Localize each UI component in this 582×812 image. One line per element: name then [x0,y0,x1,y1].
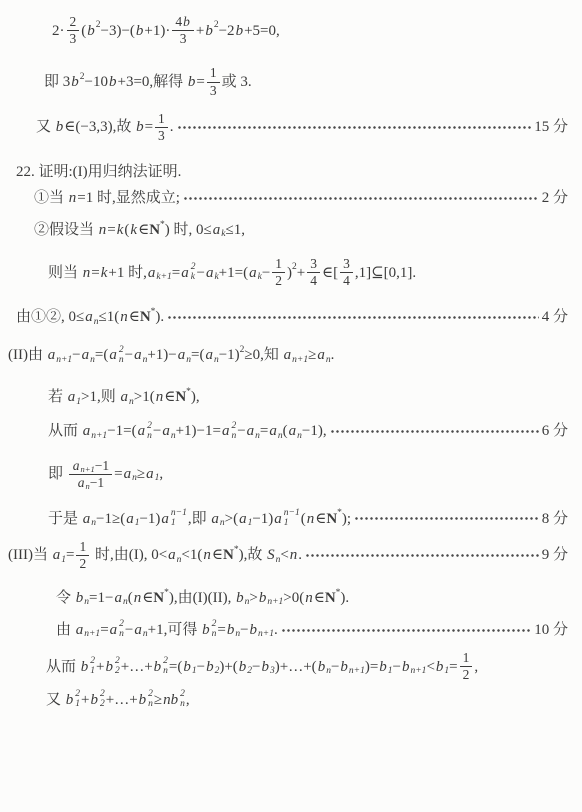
text-run: − [237,421,245,441]
math-fraction: 12 [460,650,473,683]
text-run: +…+ [106,690,138,710]
text-run: 若 [48,387,67,407]
fraction-denominator: 2 [460,667,473,683]
text-run: 令 [56,588,75,608]
subscript: n [143,628,148,641]
document-line: ②假设当 n=k(k∈N*) 时, 0≤ak≤1, [0,218,582,242]
sub-sup-stack: 2n [119,620,124,640]
text-run: ∈ [212,545,223,565]
math-variable: a [147,263,157,283]
math-fraction: 23 [67,14,80,47]
text-run: +1)−1= [176,421,221,441]
text-run: 或 3. [222,72,252,92]
text-run: = [217,620,225,640]
text-run: 1 [158,111,165,127]
text-run: 又 [46,690,65,710]
math-variable: a [82,421,92,441]
text-run: ∈ [138,220,149,240]
text-run: 3 [310,256,317,272]
fraction-numerator: 1 [207,65,220,82]
text-run: ); [342,509,351,529]
math-variable: a [221,421,231,441]
math-variable: a [75,620,85,640]
text-run: =( [95,345,108,365]
math-set-symbol: N [326,509,337,529]
text-run: )+…+( [275,657,317,677]
text-run: − [252,657,260,677]
text-run: − [331,657,339,677]
text-run: − [125,345,133,365]
document-line: 又 b21+b22+…+b2n≥nb2n, [0,688,582,712]
math-variable: S [266,545,276,565]
text-run: 则当 [48,263,82,283]
text-run: 2 [79,556,86,572]
math-set-symbol: N [149,220,160,240]
text-run: < [280,545,288,565]
score-label: 6 分 [542,421,568,441]
math-variable: a [67,387,77,407]
math-variable: a [52,545,62,565]
text-run: −3)−( [101,21,135,41]
math-variable: n [98,220,108,240]
fraction-denominator: an−1 [74,475,107,491]
math-variable: a [84,307,94,327]
subscript: n+1 [411,665,427,678]
sub-sup-stack: 2n [180,690,185,710]
math-variable: a [133,620,143,640]
text-run: 于是 [48,509,82,529]
math-variable: a [268,421,278,441]
math-variable: a [109,620,119,640]
fraction-denominator: 4 [307,273,320,289]
math-variable: b [108,72,118,92]
math-variable: a [246,421,256,441]
text-run: >( [225,509,238,529]
text-run: ②假设当 [34,220,98,240]
text-run: = [107,220,115,240]
math-variable: a [212,220,222,240]
text-run: (III)当 [8,545,52,565]
document-line: 若 a1>1,则 an>1(n∈N*), [0,386,582,410]
text-run: + [96,657,104,677]
subscript: n [163,667,168,677]
text-run: +…+ [121,657,153,677]
dotted-leader [281,627,532,634]
subscript: n [119,630,124,640]
sub-sup-stack: 2n [231,422,236,442]
text-run: ∈ [315,509,326,529]
fraction-numerator: 1 [272,256,285,273]
math-variable: b [70,72,80,92]
math-variable: k [100,263,109,283]
math-fraction: 4b3 [172,14,194,47]
superscript: * [234,544,239,557]
sub-sup-stack: 2n [163,657,168,677]
text-run: 1 [79,539,86,555]
text-run: ≥ [154,690,162,710]
document-line: ①当 n=1 时,显然成立;2 分 [0,186,582,210]
math-variable: a [77,475,86,491]
text-run: +1=( [219,263,248,283]
subscript: n [326,354,331,367]
superscript: * [160,219,165,232]
math-variable: a [133,345,143,365]
math-variable: b [235,21,245,41]
sub-sup-stack: 22 [100,690,105,710]
subscript: n [84,596,89,609]
document-line: 由 an+1=a2n−an+1,可得 b2n=bn−bn+1.10 分 [0,618,582,642]
math-variable: b [153,657,163,677]
subscript: n [132,472,137,485]
subscript: n [180,700,185,710]
subscript: n [186,354,191,367]
subscript: n [212,630,217,640]
math-variable: a [119,387,129,407]
text-run: )+( [219,657,237,677]
subscript: k [214,271,218,284]
text-run: − [153,421,161,441]
sub-sup-stack: 22 [115,657,120,677]
subscript: 1 [444,665,449,678]
subscript: n+1 [81,464,95,474]
text-run: = [196,72,204,92]
superscript: * [151,306,156,319]
math-variable: b [55,117,65,137]
text-run: 4 [310,273,317,289]
math-variable: b [86,21,96,41]
superscript: 2 [214,19,219,32]
subscript: n [297,430,302,443]
text-run: ①当 [34,188,68,208]
subscript: n [123,596,128,609]
sub-sup-stack: 2n [212,620,217,640]
sub-sup-stack: 2n [119,346,124,366]
text-run: > [249,588,257,608]
text-run: ), [191,387,200,407]
text-run: = [100,620,108,640]
fraction-denominator: 3 [207,83,220,99]
subscript: n+1 [91,430,107,443]
text-run: ,即 [188,509,211,529]
fraction-numerator: 3 [307,256,320,273]
text-run: ≥ [137,464,145,484]
text-run: ≤1( [98,307,119,327]
math-variable: b [75,588,85,608]
text-run: ≥0,知 [244,345,282,365]
text-run: , [186,690,190,710]
text-run: 时,由(I), 0< [91,545,167,565]
math-variable: n [133,588,143,608]
math-variable: a [81,345,91,365]
math-variable: b [65,690,75,710]
text-run: 从而 [46,657,80,677]
score-label: 8 分 [542,509,568,529]
math-variable: a [204,345,214,365]
document-line: 由①②, 0≤an≤1(n∈N*).4 分 [0,306,582,330]
subscript: 1 [90,667,95,677]
dotted-leader [354,515,539,522]
text-run: < [426,657,434,677]
math-set-symbol: N [325,588,336,608]
superscript: 2 [231,422,236,432]
text-run: ). [340,588,349,608]
subscript: 1 [284,519,289,529]
text-run: ≥ [308,345,316,365]
text-run: −10 [85,72,108,92]
text-run: − [240,620,248,640]
text-run: . [170,117,174,137]
math-variable: a [47,345,57,365]
text-run: ∈(−3,3),故 [64,117,135,137]
fraction-numerator: 4b [172,14,194,31]
sub-sup-stack: 2k [191,263,196,283]
math-variable: a [316,345,326,365]
math-variable: b [201,620,211,640]
text-run: 2 [275,273,282,289]
math-variable: b [435,657,445,677]
subscript: n [119,356,124,366]
fraction-numerator: 3 [340,256,353,273]
math-variable: a [288,421,298,441]
text-run: 1 [275,256,282,272]
math-variable: b [104,657,114,677]
text-run: +3=0,解得 [117,72,186,92]
sub-sup-stack: 21 [90,657,95,677]
math-variable: a [160,509,170,529]
superscript: 2 [80,71,85,84]
fraction-denominator: 2 [76,556,89,572]
math-variable: b [135,21,145,41]
text-run: 4 [343,273,350,289]
text-run: ,1]⊆[0,1]. [355,263,416,283]
fraction-denominator: 3 [177,31,190,47]
document-line: 22. 证明:(I)用归纳法证明. [0,160,582,184]
subscript: 3 [270,665,275,678]
math-variable: b [249,620,259,640]
sub-sup-stack: 2n [147,422,152,442]
subscript: n [90,354,95,367]
math-variable: b [80,657,90,677]
text-run: − [393,657,401,677]
text-run: = [66,545,74,565]
sub-sup-stack: 21 [75,690,80,710]
subscript: 2 [115,667,120,677]
math-variable: b [226,620,236,640]
subscript: n [91,517,96,530]
text-run: −2 [219,21,235,41]
math-variable: b [135,117,145,137]
subscript: n [231,432,236,442]
subscript: k [258,271,262,284]
superscript: 2 [147,422,152,432]
subscript: 1 [192,665,197,678]
subscript: n [214,354,219,367]
math-variable: b [89,690,99,710]
math-variable: k [116,220,125,240]
subscript: n [129,396,134,409]
text-run: =( [169,657,182,677]
math-variable: n [68,188,78,208]
math-set-symbol: N [175,387,186,407]
math-variable: a [210,509,220,529]
text-run: ∈ [314,588,325,608]
sub-sup-stack: n−11 [171,509,187,529]
text-run: −1≥( [96,509,125,529]
fraction-numerator: 1 [460,650,473,667]
math-variable: n [289,545,299,565]
subscript: n [147,432,152,442]
math-variable: a [72,458,81,474]
text-run: 1 [210,65,217,81]
subscript: n [255,430,260,443]
superscript: 2 [96,19,101,32]
subscript: n+1 [258,628,274,641]
text-run: ∈ [142,588,153,608]
document-line: (III)当 a1=12 时,由(I), 0<an<1(n∈N*),故 Sn<n… [0,539,582,572]
text-run: = [91,263,99,283]
text-run: ),故 [239,545,267,565]
text-run: ∈ [164,387,175,407]
math-variable: b [261,657,271,677]
superscript: 2 [240,344,245,357]
fraction-denominator: 3 [155,128,168,144]
subscript: n [177,554,182,567]
solution-lines: 2·23(b2−3)−(b+1)·4b3+b2−2b+5=0,即 3b2−10b… [0,14,582,712]
math-variable: n [155,387,165,407]
text-run: , [159,464,163,484]
fraction-denominator: 4 [340,273,353,289]
subscript: n+1 [292,354,308,367]
score-label: 4 分 [542,307,568,327]
superscript: * [336,587,341,600]
math-variable: b [339,657,349,677]
superscript: 2 [119,346,124,356]
superscript: * [164,587,169,600]
math-variable: n [82,263,92,283]
subscript: k [191,273,195,283]
text-run: ∈ [129,307,140,327]
subscript: 1 [248,517,253,530]
superscript: * [186,386,191,399]
math-variable: a [167,545,177,565]
text-run: ) 时, 0≤ [165,220,212,240]
document-line: 从而 b21+b22+…+b2n=(b1−b2)+(b2−b3)+…+(bn−b… [0,650,582,683]
fraction-numerator: an+1−1 [69,458,112,475]
text-run: − [72,345,80,365]
text-run: +1 时, [108,263,146,283]
document-line: 于是 an−1≥(a1−1)an−11,即 an>(a1−1)an−11(n∈N… [0,507,582,531]
subscript: 1 [76,396,81,409]
math-variable: a [248,263,258,283]
document-line: 令 bn=1−an(n∈N*),由(I)(II), bn>bn+1>0(n∈N*… [0,586,582,610]
text-run: 2· [52,21,65,41]
text-run: (II)由 [8,345,47,365]
text-run: +1,可得 [148,620,201,640]
text-run: 2 [463,667,470,683]
subscript: k [221,228,225,241]
subscript: 2 [247,665,252,678]
subscript: 1 [135,517,140,530]
text-run: 从而 [48,421,82,441]
math-fraction: an+1−1an−1 [69,458,112,491]
text-run: − [197,657,205,677]
math-variable: a [180,263,190,283]
text-run: +1)− [147,345,176,365]
superscript: 2 [292,261,297,274]
fraction-denominator: 3 [67,31,80,47]
text-run: 即 3 [44,72,70,92]
text-run: . [298,545,302,565]
math-variable: a [177,345,187,365]
math-set-symbol: N [223,545,234,565]
subscript: 1 [61,554,66,567]
subscript: n [245,596,250,609]
sub-sup-stack: n−11 [284,509,300,529]
math-variable: a [145,464,155,484]
fraction-denominator: 2 [272,273,285,289]
fraction-numerator: 1 [76,539,89,556]
math-variable: b [238,657,248,677]
text-run: ≤1, [225,220,244,240]
text-run: = [260,421,268,441]
math-variable: n [306,509,316,529]
text-run: 由 [56,620,75,640]
math-variable: a [273,509,283,529]
text-run: −1 [90,475,104,491]
text-run: 由①②, 0≤ [16,307,84,327]
text-run: ∈[ [322,263,338,283]
math-variable: a [82,509,92,529]
fraction-numerator: 2 [67,14,80,31]
subscript: 2 [100,700,105,710]
text-run: −1) [219,345,240,365]
text-run: 3 [343,256,350,272]
text-run: 又 [36,117,55,137]
document-line: 从而 an+1−1=(a2n−an+1)−1=a2n−an=an(an−1),6… [0,420,582,444]
dotted-leader [177,124,532,131]
math-fraction: 34 [307,256,320,289]
text-run: = [449,657,457,677]
dotted-leader [330,428,539,435]
document-line: 则当 n=k+1 时,ak+1=a2k−ak+1=(ak−12)2+34∈[34… [0,256,582,289]
text-run: 22. 证明:(I)用归纳法证明. [16,162,181,182]
math-variable: b [182,14,191,30]
subscript: n [326,665,331,678]
text-run: −1) [252,509,273,529]
math-variable: b [204,21,214,41]
math-variable: b [401,657,411,677]
document-line: 即 an+1−1an−1=an≥a1, [0,458,582,491]
math-variable: b [182,657,192,677]
math-fraction: 13 [207,65,220,98]
text-run: >1( [134,387,155,407]
text-run: 3 [210,83,217,99]
math-variable: nb [162,690,179,710]
text-run: −1), [302,421,327,441]
text-run: )= [365,657,378,677]
dotted-leader [167,314,539,321]
math-fraction: 34 [340,256,353,289]
text-run: 4 [175,14,182,30]
fraction-numerator: 1 [155,111,168,128]
score-label: 2 分 [542,188,568,208]
superscript: * [337,507,342,520]
document-line: (II)由 an+1−an=(a2n−an+1)−an=(an−1)2≥0,知 … [0,344,582,368]
math-set-symbol: N [140,307,151,327]
math-variable: b [138,690,148,710]
text-run: +1)· [144,21,170,41]
text-run: >1,则 [81,387,119,407]
